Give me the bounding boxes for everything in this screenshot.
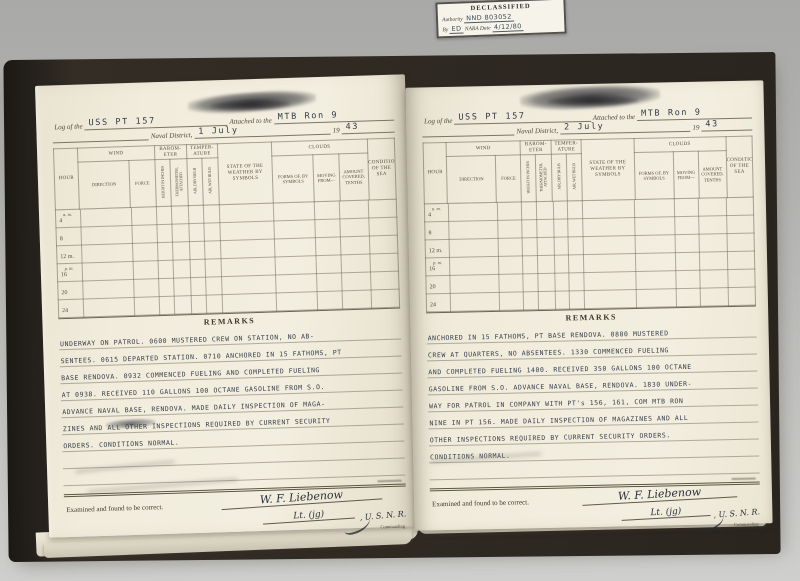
blank-rule (422, 134, 514, 138)
commander-signature: W. F. Liebenow (582, 483, 738, 506)
weather-observation-table: Hour Wind Barom- eter Temper- ature Stat… (423, 136, 754, 205)
commanding-label: Commanding (380, 524, 405, 530)
hour-label: 20 (430, 284, 436, 290)
form-number-mark (378, 480, 402, 483)
col-barometer-height: Height in inches (520, 155, 536, 202)
col-air-wet-bulb: Air, wet bulb (566, 154, 582, 201)
hour-label: 24 (430, 302, 436, 308)
col-cloud-amount: Amount covered, tenths (338, 153, 368, 201)
col-wind-direction: Direction (446, 155, 496, 203)
by-value: ED (449, 24, 463, 34)
authority-label: Authority (442, 16, 463, 23)
col-cloud-forms: Forms of, by symbols (272, 155, 314, 203)
hour-label: 20 (61, 290, 67, 296)
hour-label: 16 (429, 266, 435, 272)
log-page-left: Log of the USS PT 157 Attached to the MT… (35, 74, 419, 537)
log-date: 2 July (560, 120, 691, 135)
col-air-dry-bulb: Air, dry bulb (187, 158, 204, 205)
col-wind-force: Force (129, 160, 156, 208)
examined-label: Examined and found to be correct. (66, 503, 163, 514)
vertical-label: Air, wet bulb (208, 167, 213, 194)
col-air-wet-bulb: Air, wet bulb (202, 158, 219, 205)
blank-rule (53, 138, 149, 143)
hour-rows-grid: a. m. 4 8 12 m. p. m. 16 20 24 (424, 198, 756, 314)
hour-label: p. m. (65, 266, 74, 271)
vertical-label: Air, dry bulb (193, 168, 198, 194)
col-thermometer: Thermometer, attached (170, 159, 189, 207)
weather-observation-table: Hour Wind Barom- eter Temper- ature Stat… (53, 138, 397, 211)
vertical-label: Height in inches (526, 161, 531, 193)
log-of-the-label: Log of the (52, 122, 85, 131)
col-cloud-moving: Moving from— (313, 154, 340, 202)
col-hour: Hour (423, 142, 447, 203)
col-cloud-forms: Forms of, by symbols (634, 152, 674, 200)
col-sea-condition: Condition of the Sea (726, 136, 754, 198)
commanding-label: Commanding (734, 521, 759, 527)
col-cloud-amount: Amount covered, tenths (698, 151, 727, 199)
vertical-label: Thermometer, attached (539, 155, 548, 199)
col-temperature: Temper- ature (551, 140, 581, 155)
hour-label: 16 (61, 272, 67, 278)
commander-signature: W. F. Liebenow (221, 485, 382, 510)
stamp-nara-row: By ED NARA Date 4/12/80 (442, 21, 560, 34)
hour-label: a. m. (432, 206, 441, 211)
log-of-the-label: Log of the (422, 117, 455, 126)
col-sea-condition: Condition of the Sea (367, 138, 396, 200)
hour-label: 12 m. (60, 254, 74, 260)
remarks-section: UNDERWAY ON PATROL. 0600 MUSTERED CREW O… (59, 323, 406, 487)
year-prefix: 19 (690, 124, 701, 132)
col-weather-state: State of the Weather by Symbols (217, 142, 273, 205)
col-wind: Wind (446, 141, 520, 157)
hour-label: 8 (60, 236, 63, 242)
col-hour: Hour (53, 148, 79, 210)
col-barometer-height: Height in inches (154, 159, 171, 206)
col-wind-direction: Direction (78, 161, 131, 210)
log-year: 43 (341, 121, 394, 135)
col-weather-state: State of the Weather by Symbols (581, 139, 635, 201)
vertical-label: Air, dry bulb (557, 164, 562, 190)
log-page-right: Log of the USS PT 157 Attached to the MT… (405, 80, 772, 530)
col-temperature: Temper- ature (186, 144, 217, 159)
year-prefix: 19 (331, 126, 342, 134)
vertical-label: Height in inches (160, 166, 165, 198)
vertical-label: Air, wet bulb (572, 163, 577, 190)
hour-label: 8 (428, 230, 431, 236)
naval-district-label: Naval District, (514, 127, 560, 136)
hour-label: 12 m. (429, 248, 443, 254)
col-wind-force: Force (496, 155, 522, 203)
hour-label: 4 (428, 212, 431, 218)
nara-date-value: 4/12/80 (492, 22, 524, 32)
col-air-dry-bulb: Air, dry bulb (552, 154, 568, 201)
log-year: 43 (701, 119, 752, 132)
col-barometer: Barom- eter (154, 145, 187, 160)
photo-of-logbook: Log of the USS PT 157 Attached to the MT… (0, 0, 800, 581)
examined-label: Examined and found to be correct. (432, 498, 529, 508)
hour-rows-grid: a. m. 4 8 12 m. p. m. 16 20 24 (55, 200, 400, 320)
vertical-label: Thermometer, attached (174, 160, 184, 204)
nara-date-label: NARA Date (465, 25, 491, 32)
col-thermometer: Thermometer, attached (535, 154, 552, 201)
hour-label: 4 (59, 218, 62, 224)
hour-label: 24 (62, 308, 68, 314)
hour-label: p. m. (433, 260, 442, 265)
col-cloud-moving: Moving from— (673, 151, 699, 199)
form-number-mark (732, 478, 756, 481)
hour-label: a. m. (63, 212, 72, 217)
col-barometer: Barom- eter (520, 140, 552, 155)
certification-footer: Examined and found to be correct. W. F. … (64, 483, 407, 547)
declassified-stamp: DECLASSIFIED Authority NND 803052 By ED … (435, 0, 566, 38)
by-label: By (442, 27, 448, 33)
naval-district-label: Naval District, (149, 131, 195, 140)
redaction-scribble (548, 95, 638, 107)
certification-footer: Examined and found to be correct. W. F. … (430, 481, 761, 541)
